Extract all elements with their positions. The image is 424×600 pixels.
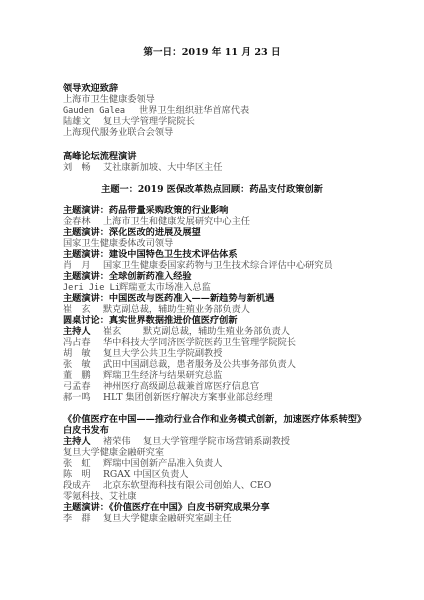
welcome-line: 上海现代服务业联合会领导 bbox=[63, 127, 173, 138]
speaker-name: 刘 畅 bbox=[63, 162, 103, 173]
theme1-title: 主题一：2019 医保改革热点回顾：药品支付政策创新 bbox=[0, 184, 424, 195]
welcome-line: 上海市卫生健康委领导 bbox=[63, 94, 155, 105]
whitepaper-host: 主持人褚荣伟复旦大学管理学院市场营销系副教授 bbox=[63, 436, 290, 447]
panelist: 郝一鸣HLT 集团创新医疗解决方案事业部总经理 bbox=[63, 392, 272, 403]
speaker-name: 胡 敏 bbox=[63, 348, 103, 359]
speaker-role: 世界卫生组织驻华首席代表 bbox=[139, 105, 249, 116]
speaker-role: HLT 集团创新医疗解决方案事业部总经理 bbox=[103, 392, 272, 403]
talk-label: 主题演讲：全球创新药准入经验 bbox=[63, 271, 192, 282]
speaker-role: 艾社康新加坡、大中华区主任 bbox=[103, 162, 222, 173]
keynote-line: 刘 畅艾社康新加坡、大中华区主任 bbox=[63, 162, 222, 173]
speaker-name: 肖 月 bbox=[63, 260, 103, 271]
speaker-role: 辉瑞亚太市场准入总监 bbox=[119, 282, 211, 293]
speaker-role: 复旦大学健康金融研究室副主任 bbox=[103, 513, 232, 524]
talk-speaker: 李 群复旦大学健康金融研究室副主任 bbox=[63, 513, 232, 524]
host-label: 主持人 bbox=[63, 436, 103, 447]
speaker-name: 褚荣伟 bbox=[103, 436, 143, 447]
speaker-role: 复旦大学管理学院院长 bbox=[103, 116, 195, 127]
talk-label: 主题演讲：药品带量采购政策的行业影响 bbox=[63, 205, 228, 216]
whitepaper-line: 陈 明RGAX 中国区负责人 bbox=[63, 469, 188, 480]
talk-speaker: 肖 月国家卫生健康委国家药物与卫生技术综合评估中心研究员 bbox=[63, 260, 333, 271]
speaker-name: 零氪科技、艾社康 bbox=[63, 491, 137, 502]
speaker-name: 李 群 bbox=[63, 513, 103, 524]
agenda-page: 第一日：2019 年 11 月 23 日 领导欢迎致辞 上海市卫生健康委领导 G… bbox=[0, 0, 424, 600]
speaker-name: 崔玄 bbox=[103, 326, 143, 337]
speaker-role: 华中科技大学同济医学院医药卫生管理学院院长 bbox=[103, 337, 296, 348]
speaker-name: 段成卉 bbox=[63, 480, 103, 491]
roundtable-label: 圆桌讨论：真实世界数据推进价值医疗创新 bbox=[63, 315, 238, 326]
welcome-heading: 领导欢迎致辞 bbox=[63, 83, 118, 94]
speaker-role: 默克副总裁，辅助生殖业务部负责人 bbox=[143, 326, 290, 337]
talk-label: 主题演讲：《价值医疗在中国》白皮书研究成果分享 bbox=[63, 502, 270, 513]
speaker-name: 陈 明 bbox=[63, 469, 103, 480]
panelist: 张 敏武田中国副总裁，患者服务及公共事务部负责人 bbox=[63, 359, 296, 370]
speaker-role: 复旦大学管理学院市场营销系副教授 bbox=[143, 436, 290, 447]
panelist: 冯占春华中科技大学同济医学院医药卫生管理学院院长 bbox=[63, 337, 296, 348]
talk-label: 主题演讲：中国医改与医药准入——新趋势与新机遇 bbox=[63, 293, 274, 304]
talk-speaker: 国家卫生健康委体改司领导 bbox=[63, 238, 173, 249]
speaker-role: RGAX 中国区负责人 bbox=[103, 469, 188, 480]
keynote-heading: 高峰论坛流程演讲 bbox=[63, 151, 137, 162]
speaker-name: 弓孟春 bbox=[63, 381, 103, 392]
speaker-name: 冯占春 bbox=[63, 337, 103, 348]
speaker-name: 张 敏 bbox=[63, 359, 103, 370]
speaker-role: 国家卫生健康委国家药物与卫生技术综合评估中心研究员 bbox=[103, 260, 333, 271]
speaker-name: 郝一鸣 bbox=[63, 392, 103, 403]
speaker-role: 武田中国副总裁，患者服务及公共事务部负责人 bbox=[103, 359, 296, 370]
whitepaper-line: 张 虹辉瑞中国创新产品准入负责人 bbox=[63, 458, 222, 469]
speaker-name: 董 鹏 bbox=[63, 370, 103, 381]
speaker-role: 上海市卫生和健康发展研究中心主任 bbox=[103, 216, 250, 227]
roundtable-host: 主持人崔玄默克副总裁，辅助生殖业务部负责人 bbox=[63, 326, 290, 337]
speaker-name: 复旦大学健康金融研究室 bbox=[63, 447, 164, 458]
speaker-name: 上海市卫生健康委领导 bbox=[63, 94, 155, 105]
whitepaper-line: 段成卉北京东软望海科技有限公司创始人、CEO bbox=[63, 480, 271, 491]
speaker-role: 辉瑞中国创新产品准入负责人 bbox=[103, 458, 222, 469]
speaker-name: 上海现代服务业联合会领导 bbox=[63, 127, 173, 138]
speaker-name: 张 虹 bbox=[63, 458, 103, 469]
speaker-role: 复旦大学公共卫生学院副教授 bbox=[103, 348, 222, 359]
talk-label: 主题演讲：建设中国特色卫生技术评估体系 bbox=[63, 249, 238, 260]
talk-speaker: 金春林上海市卫生和健康发展研究中心主任 bbox=[63, 216, 250, 227]
speaker-role: 神州医疗高级副总裁兼首席医疗信息官 bbox=[103, 381, 259, 392]
host-label: 主持人 bbox=[63, 326, 103, 337]
speaker-name: 国家卫生健康委体改司领导 bbox=[63, 238, 173, 249]
whitepaper-line: 零氪科技、艾社康 bbox=[63, 491, 137, 502]
speaker-role: 辉瑞卫生经济与结果研究总监 bbox=[103, 370, 222, 381]
panelist: 董 鹏辉瑞卫生经济与结果研究总监 bbox=[63, 370, 222, 381]
speaker-name: 崔 玄 bbox=[63, 304, 103, 315]
whitepaper-line: 复旦大学健康金融研究室 bbox=[63, 447, 164, 458]
panelist: 胡 敏复旦大学公共卫生学院副教授 bbox=[63, 348, 222, 359]
talk-speaker: 崔 玄默克副总裁，辅助生殖业务部负责人 bbox=[63, 304, 250, 315]
whitepaper-title: 《价值医疗在中国——推动行业合作和业务模式创新，加速医疗体系转型》白皮书发布 bbox=[63, 414, 368, 436]
speaker-name: 陆雄文 bbox=[63, 116, 103, 127]
speaker-role: 默克副总裁，辅助生殖业务部负责人 bbox=[103, 304, 250, 315]
speaker-name: 金春林 bbox=[63, 216, 103, 227]
welcome-line: 陆雄文复旦大学管理学院院长 bbox=[63, 116, 195, 127]
talk-label: 主题演讲：深化医改的进展及展望 bbox=[63, 227, 201, 238]
panelist: 弓孟春神州医疗高级副总裁兼首席医疗信息官 bbox=[63, 381, 259, 392]
speaker-role: 北京东软望海科技有限公司创始人、CEO bbox=[103, 480, 271, 491]
day-title: 第一日：2019 年 11 月 23 日 bbox=[0, 47, 424, 58]
